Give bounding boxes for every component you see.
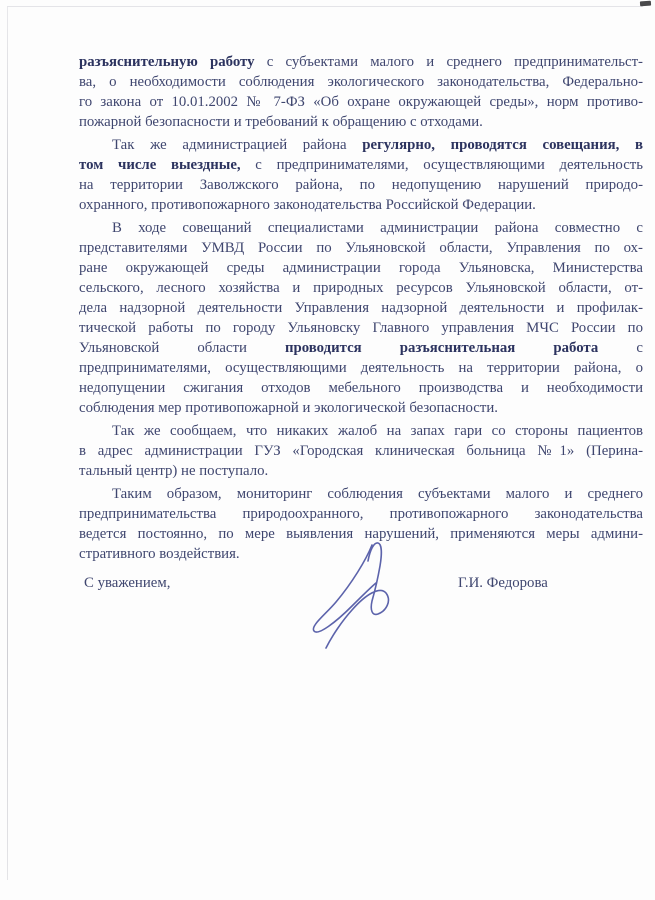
scan-edge-left: [7, 6, 8, 880]
text-line: тической работы по городу Ульяновску Гла…: [79, 318, 643, 338]
text-segment: с: [598, 340, 643, 356]
text-segment: предпринимательства природоохранного, пр…: [79, 506, 643, 522]
text-line: предпринимательства природоохранного, пр…: [79, 504, 643, 524]
text-line: предпринимателями, осуществляющими деяте…: [79, 358, 643, 378]
signature-icon: [295, 533, 425, 658]
text-segment: тальный центр) не поступало.: [79, 463, 268, 479]
bold-text-segment: том числе выездные,: [79, 157, 241, 173]
text-segment: пожарной безопасности и требований к обр…: [79, 114, 483, 130]
text-line: сельского, лесного хозяйства и природных…: [79, 278, 643, 298]
text-segment: го закона от 10.01.2002 № 7-ФЗ «Об охран…: [79, 94, 643, 110]
text-line: представителями УМВД России по Ульяновск…: [79, 238, 643, 258]
text-segment: недопущении сжигания отходов мебельного …: [79, 380, 643, 396]
text-line: В ходе совещаний специалистами администр…: [79, 218, 643, 238]
text-segment: представителями УМВД России по Ульяновск…: [79, 240, 643, 256]
paragraph: Так же сообщаем, что никаких жалоб на за…: [79, 421, 643, 481]
letter-body: разъяснительную работу с субъектами мало…: [79, 52, 643, 564]
text-segment: тической работы по городу Ульяновску Гла…: [79, 320, 643, 336]
signer-name: Г.И. Федорова: [458, 575, 548, 592]
text-segment: Ульяновской области: [79, 340, 285, 356]
text-line: охранного, противопожарного законодатель…: [79, 195, 643, 215]
text-line: разъяснительную работу с субъектами мало…: [79, 52, 643, 72]
text-segment: охранного, противопожарного законодатель…: [79, 197, 536, 213]
closing-salutation: С уважением,: [84, 575, 170, 592]
text-line: пожарной безопасности и требований к обр…: [79, 112, 643, 132]
text-line: в адрес администрации ГУЗ «Городская кли…: [79, 441, 643, 461]
text-line: на территории Заволжского района, по нед…: [79, 175, 643, 195]
text-segment: Так же администрацией района: [112, 137, 362, 153]
scan-corner-artifact: [640, 1, 651, 7]
text-segment: ва, о необходимости соблюдения экологиче…: [79, 74, 643, 90]
text-line: тальный центр) не поступало.: [79, 461, 643, 481]
text-line: недопущении сжигания отходов мебельного …: [79, 378, 643, 398]
text-line: Так же сообщаем, что никаких жалоб на за…: [79, 421, 643, 441]
text-segment: с предпринимателями, осуществляющими дея…: [241, 157, 643, 173]
text-line: Ульяновской области проводится разъяснит…: [79, 338, 643, 358]
text-line: том числе выездные, с предпринимателями,…: [79, 155, 643, 175]
paragraph: Так же администрацией района регулярно, …: [79, 135, 643, 215]
text-segment: дела надзорной деятельности Управления н…: [79, 300, 643, 316]
text-segment: в адрес администрации ГУЗ «Городская кли…: [79, 443, 643, 459]
bold-text-segment: проводится разъяснительная работа: [285, 340, 598, 356]
text-line: Таким образом, мониторинг соблюдения суб…: [79, 484, 643, 504]
text-segment: стративного воздействия.: [79, 546, 240, 562]
text-segment: Так же сообщаем, что никаких жалоб на за…: [112, 423, 643, 439]
text-line: дела надзорной деятельности Управления н…: [79, 298, 643, 318]
text-segment: ране окружающей среды администрации горо…: [79, 260, 643, 276]
paragraph: разъяснительную работу с субъектами мало…: [79, 52, 643, 132]
text-segment: на территории Заволжского района, по нед…: [79, 177, 643, 193]
text-line: Так же администрацией района регулярно, …: [79, 135, 643, 155]
text-line: ва, о необходимости соблюдения экологиче…: [79, 72, 643, 92]
text-line: соблюдения мер противопожарной и экологи…: [79, 398, 643, 418]
paragraph: В ходе совещаний специалистами администр…: [79, 218, 643, 418]
text-segment: соблюдения мер противопожарной и экологи…: [79, 400, 498, 416]
text-segment: В ходе совещаний специалистами администр…: [112, 220, 643, 236]
text-segment: с субъектами малого и среднего предприни…: [255, 54, 643, 70]
text-segment: Таким образом, мониторинг соблюдения суб…: [112, 486, 643, 502]
bold-text-segment: разъяснительную работу: [79, 54, 255, 70]
scan-edge-top: [7, 6, 643, 7]
text-line: го закона от 10.01.2002 № 7-ФЗ «Об охран…: [79, 92, 643, 112]
bold-text-segment: регулярно, проводятся совещания, в: [362, 137, 643, 153]
text-line: ране окружающей среды администрации горо…: [79, 258, 643, 278]
text-segment: сельского, лесного хозяйства и природных…: [79, 280, 643, 296]
text-segment: предпринимателями, осуществляющими деяте…: [79, 360, 643, 376]
scanned-letter-page: { "colors": { "page": "#fdfdfd", "text":…: [0, 0, 655, 900]
